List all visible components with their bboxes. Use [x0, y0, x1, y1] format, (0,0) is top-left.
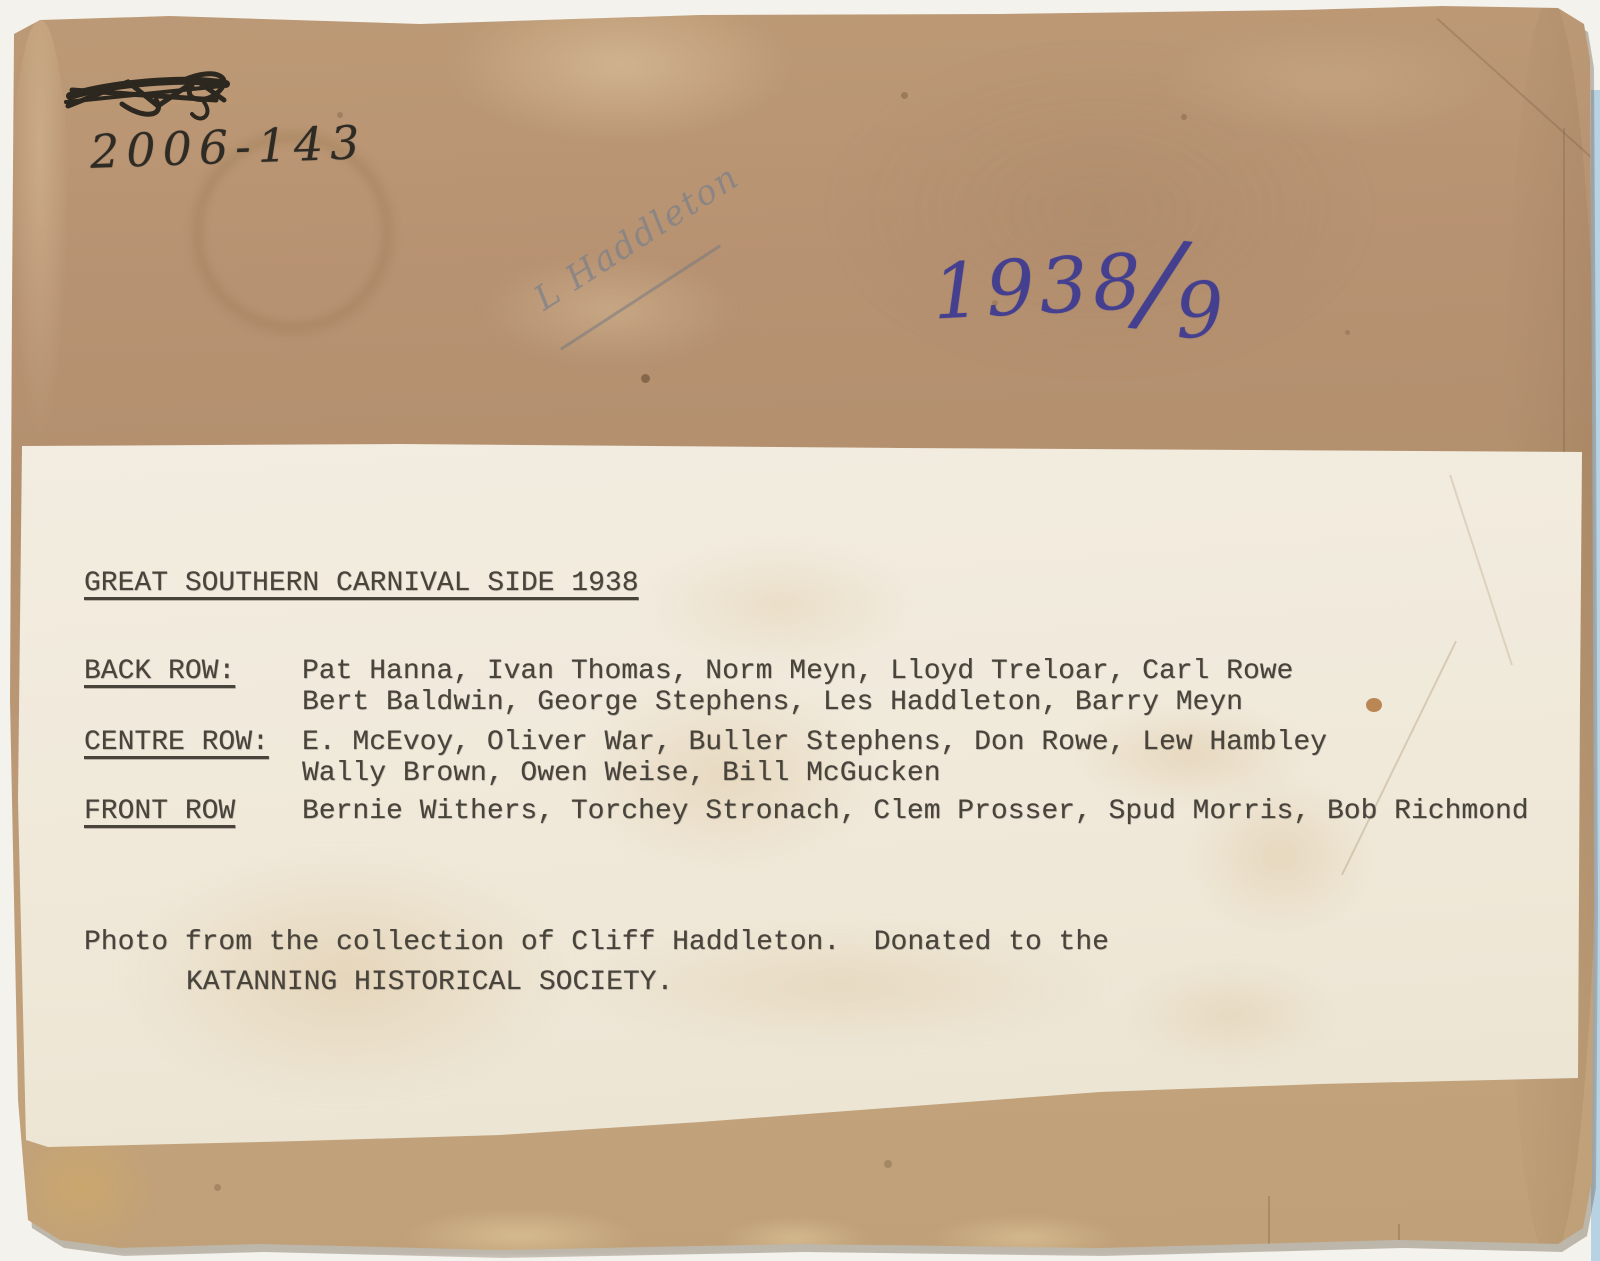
- speck: [1345, 330, 1350, 335]
- card-stain: [1150, 20, 1510, 140]
- row-centre-line-2: Wally Brown, Owen Weise, Bill McGucken: [302, 759, 941, 789]
- handwritten-date-note: 1938/9: [929, 201, 1225, 346]
- row-front-line-1: Bernie Withers, Torchey Stronach, Clem P…: [302, 797, 1529, 827]
- date-year-alt: 9: [1173, 264, 1226, 355]
- card-edge-stain: [720, 1216, 870, 1261]
- card-crack: [1268, 1196, 1270, 1250]
- paper-stain: [1120, 960, 1340, 1070]
- speck: [1181, 114, 1187, 120]
- handwritten-catalog-number: 2006-143: [89, 115, 367, 179]
- row-back-line-1: Pat Hanna, Ivan Thomas, Norm Meyn, Lloyd…: [302, 657, 1293, 687]
- card-crease: [1437, 18, 1600, 177]
- row-label-front: FRONT ROW: [84, 797, 235, 827]
- provenance-line-1: Photo from the collection of Cliff Haddl…: [84, 928, 1109, 958]
- speck: [901, 92, 908, 99]
- speck: [214, 1184, 221, 1191]
- card-stain: [430, 0, 810, 150]
- row-label-centre: CENTRE ROW:: [84, 728, 269, 758]
- provenance-line-2: KATANNING HISTORICAL SOCIETY.: [186, 968, 673, 998]
- paper-stain: [640, 540, 920, 670]
- speck: [641, 374, 650, 383]
- paper-rust-speck: [1366, 698, 1382, 712]
- date-year-main: 1938: [930, 236, 1148, 336]
- row-back-line-2: Bert Baldwin, George Stephens, Les Haddl…: [302, 688, 1243, 718]
- label-title: GREAT SOUTHERN CARNIVAL SIDE 1938: [84, 569, 639, 599]
- paper-crease: [1449, 475, 1513, 666]
- scanned-photo-back: { "archive": { "catalog_number": "2006-1…: [0, 0, 1600, 1261]
- row-centre-line-1: E. McEvoy, Oliver War, Buller Stephens, …: [302, 728, 1327, 758]
- speck: [884, 1160, 892, 1168]
- card-left-edge-wear: [10, 20, 70, 440]
- row-label-back: BACK ROW:: [84, 657, 235, 687]
- paper-crease: [1341, 641, 1457, 876]
